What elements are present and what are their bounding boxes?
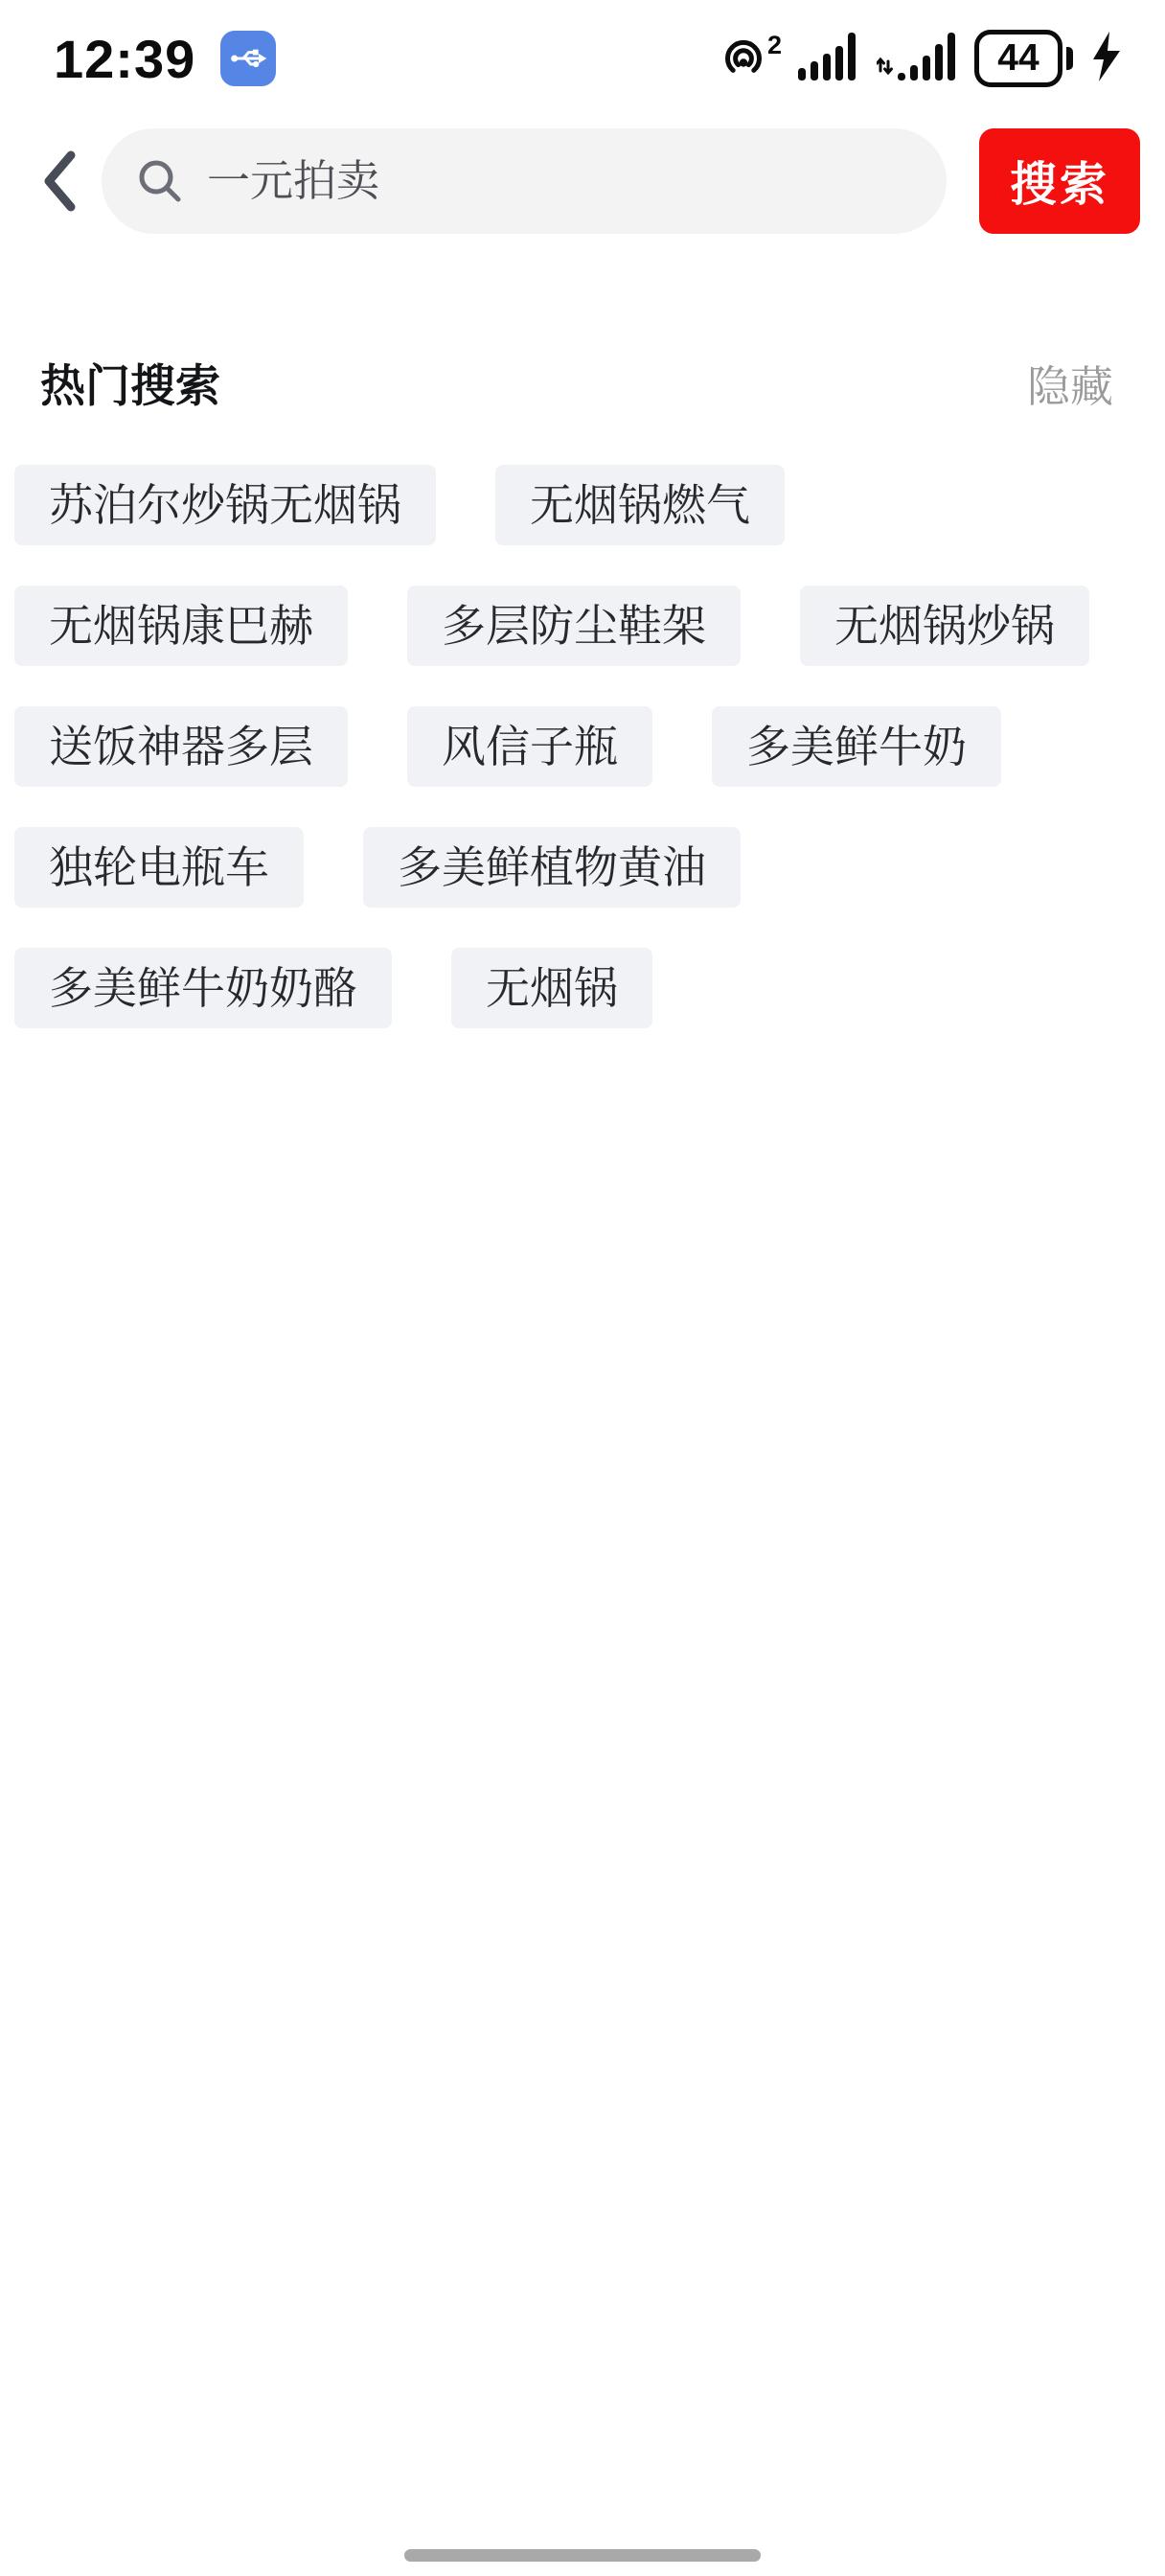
magnifier-icon bbox=[136, 157, 184, 205]
hot-search-tag[interactable]: 风信子瓶 bbox=[407, 706, 652, 787]
usb-connected-icon bbox=[220, 31, 276, 86]
battery-level: 44 bbox=[997, 37, 1039, 80]
search-input-pill[interactable] bbox=[102, 128, 947, 234]
home-indicator[interactable] bbox=[404, 2549, 761, 2562]
signal-bars-arrows-icon bbox=[877, 33, 957, 85]
hot-search-tag[interactable]: 无烟锅康巴赫 bbox=[14, 586, 348, 666]
hot-search-tag[interactable]: 多层防尘鞋架 bbox=[407, 586, 741, 666]
hot-search-tag[interactable]: 送饭神器多层 bbox=[14, 706, 348, 787]
clock-time: 12:39 bbox=[54, 28, 195, 90]
hot-search-tag[interactable]: 多美鲜植物黄油 bbox=[363, 827, 741, 908]
signal-bars-icon bbox=[798, 33, 859, 85]
hot-search-tag[interactable]: 独轮电瓶车 bbox=[14, 827, 304, 908]
hide-hot-search-button[interactable]: 隐藏 bbox=[1027, 352, 1113, 414]
charging-lightning-icon bbox=[1090, 32, 1123, 86]
back-button[interactable] bbox=[29, 128, 92, 234]
search-input[interactable] bbox=[207, 156, 912, 206]
hot-search-tag[interactable]: 多美鲜牛奶奶酪 bbox=[14, 948, 392, 1028]
hot-search-tag[interactable]: 无烟锅炒锅 bbox=[800, 586, 1089, 666]
status-bar: 12:39 2 bbox=[0, 0, 1165, 92]
hot-search-tag[interactable]: 苏泊尔炒锅无烟锅 bbox=[14, 465, 436, 545]
hotspot-icon: 2 bbox=[720, 35, 781, 81]
hot-search-header: 热门搜索 隐藏 bbox=[0, 351, 1165, 415]
hot-search-tag[interactable]: 多美鲜牛奶 bbox=[712, 706, 1001, 787]
hot-search-tag-list: 苏泊尔炒锅无烟锅 无烟锅燃气 无烟锅康巴赫 多层防尘鞋架 无烟锅炒锅 送饭神器多… bbox=[0, 465, 1165, 1028]
hot-search-title: 热门搜索 bbox=[40, 351, 220, 415]
hot-search-tag[interactable]: 无烟锅燃气 bbox=[495, 465, 785, 545]
hot-search-tag[interactable]: 无烟锅 bbox=[451, 948, 652, 1028]
battery-icon: 44 bbox=[974, 30, 1073, 87]
chevron-left-icon bbox=[41, 149, 80, 213]
search-header: 搜索 bbox=[0, 128, 1165, 234]
battery-terminal bbox=[1066, 47, 1073, 70]
hotspot-count: 2 bbox=[767, 31, 782, 60]
search-button[interactable]: 搜索 bbox=[979, 128, 1140, 234]
